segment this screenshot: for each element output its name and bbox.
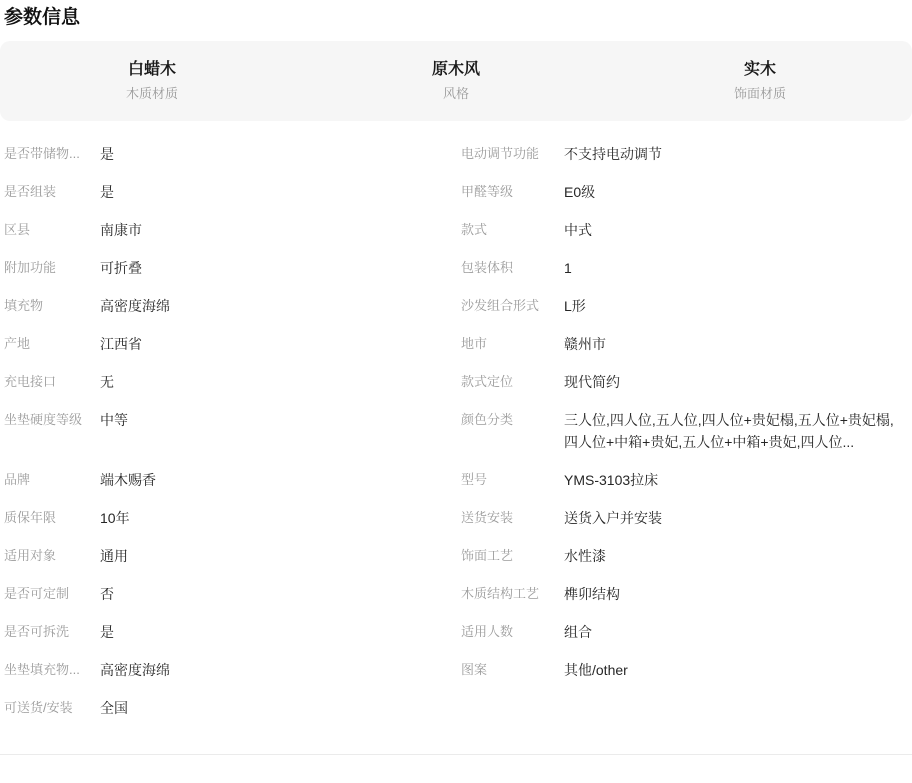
param-label: 附加功能: [4, 257, 100, 279]
param-value: YMS-3103拉床: [564, 469, 908, 491]
param-label: 是否可定制: [4, 583, 100, 605]
param-label: 质保年限: [4, 507, 100, 529]
param-value: 中等: [100, 409, 461, 431]
param-row: 填充物 高密度海绵 沙发组合形式 L形: [0, 287, 912, 325]
param-value: 10年: [100, 507, 461, 529]
param-value: 可折叠: [100, 257, 461, 279]
param-label: 填充物: [4, 295, 100, 317]
param-value: 送货入户并安装: [564, 507, 908, 529]
param-label: 产地: [4, 333, 100, 355]
highlight-col-style: 原木风 风格: [304, 41, 608, 121]
param-row: 充电接口 无 款式定位 现代简约: [0, 363, 912, 401]
param-value: 不支持电动调节: [564, 143, 908, 165]
highlight-col-material: 白蜡木 木质材质: [0, 41, 304, 121]
param-label: 适用人数: [461, 621, 564, 643]
bottom-divider: [0, 754, 912, 755]
param-label: 可送货/安装: [4, 697, 100, 719]
param-row: 坐垫硬度等级 中等 颜色分类 三人位,四人位,五人位,四人位+贵妃榻,五人位+贵…: [0, 401, 912, 461]
param-label: 款式: [461, 219, 564, 241]
param-value: 端木赐香: [100, 469, 461, 491]
highlight-value: 白蜡木: [128, 60, 176, 80]
param-value: 高密度海绵: [100, 295, 461, 317]
param-value: 否: [100, 583, 461, 605]
highlight-label: 饰面材质: [734, 86, 786, 102]
param-row: 是否可定制 否 木质结构工艺 榫卯结构: [0, 575, 912, 613]
param-label: 款式定位: [461, 371, 564, 393]
highlight-label: 木质材质: [126, 86, 178, 102]
param-value: 通用: [100, 545, 461, 567]
param-value: 1: [564, 257, 908, 279]
param-value: 赣州市: [564, 333, 908, 355]
param-value: L形: [564, 295, 908, 317]
param-value: 其他/other: [564, 659, 908, 681]
param-row: 可送货/安装 全国: [0, 689, 912, 727]
param-label: 颜色分类: [461, 409, 564, 431]
param-value: 江西省: [100, 333, 461, 355]
param-label: 沙发组合形式: [461, 295, 564, 317]
param-value: 无: [100, 371, 461, 393]
param-row: 是否组装 是 甲醛等级 E0级: [0, 173, 912, 211]
param-value: 是: [100, 143, 461, 165]
param-row: 是否带储物... 是 电动调节功能 不支持电动调节: [0, 135, 912, 173]
param-label: 地市: [461, 333, 564, 355]
highlight-value: 实木: [744, 60, 776, 80]
param-label: 包装体积: [461, 257, 564, 279]
param-label: 甲醛等级: [461, 181, 564, 203]
param-value: 南康市: [100, 219, 461, 241]
param-value: 是: [100, 181, 461, 203]
param-value: 三人位,四人位,五人位,四人位+贵妃榻,五人位+贵妃榻,四人位+中箱+贵妃,五人…: [564, 409, 908, 453]
param-row: 区县 南康市 款式 中式: [0, 211, 912, 249]
param-label: 是否带储物...: [4, 143, 100, 165]
param-label: 电动调节功能: [461, 143, 564, 165]
param-label: 木质结构工艺: [461, 583, 564, 605]
param-label: 适用对象: [4, 545, 100, 567]
param-row: 适用对象 通用 饰面工艺 水性漆: [0, 537, 912, 575]
param-value: 组合: [564, 621, 908, 643]
param-value: 是: [100, 621, 461, 643]
param-label: 是否组装: [4, 181, 100, 203]
param-value: 水性漆: [564, 545, 908, 567]
param-value: 全国: [100, 697, 461, 719]
param-value: 现代简约: [564, 371, 908, 393]
param-value: 中式: [564, 219, 908, 241]
highlight-col-veneer: 实木 饰面材质: [608, 41, 912, 121]
param-table: 是否带储物... 是 电动调节功能 不支持电动调节 是否组装 是 甲醛等级 E0…: [0, 135, 912, 727]
param-row: 品牌 端木赐香 型号 YMS-3103拉床: [0, 461, 912, 499]
param-label: 饰面工艺: [461, 545, 564, 567]
param-row: 附加功能 可折叠 包装体积 1: [0, 249, 912, 287]
param-label: 是否可拆洗: [4, 621, 100, 643]
param-row: 产地 江西省 地市 赣州市: [0, 325, 912, 363]
param-label: 品牌: [4, 469, 100, 491]
param-row: 坐垫填充物... 高密度海绵 图案 其他/other: [0, 651, 912, 689]
highlight-label: 风格: [443, 86, 469, 102]
param-label: 图案: [461, 659, 564, 681]
highlight-value: 原木风: [432, 60, 480, 80]
page-title: 参数信息: [0, 0, 912, 29]
param-label: 充电接口: [4, 371, 100, 393]
param-row: 质保年限 10年 送货安装 送货入户并安装: [0, 499, 912, 537]
param-value: E0级: [564, 181, 908, 203]
highlight-strip: 白蜡木 木质材质 原木风 风格 实木 饰面材质: [0, 41, 912, 121]
param-row: 是否可拆洗 是 适用人数 组合: [0, 613, 912, 651]
param-value: 榫卯结构: [564, 583, 908, 605]
param-label: 型号: [461, 469, 564, 491]
param-label: 送货安装: [461, 507, 564, 529]
param-label: 坐垫硬度等级: [4, 409, 100, 431]
param-label: 坐垫填充物...: [4, 659, 100, 681]
param-label: 区县: [4, 219, 100, 241]
param-value: 高密度海绵: [100, 659, 461, 681]
